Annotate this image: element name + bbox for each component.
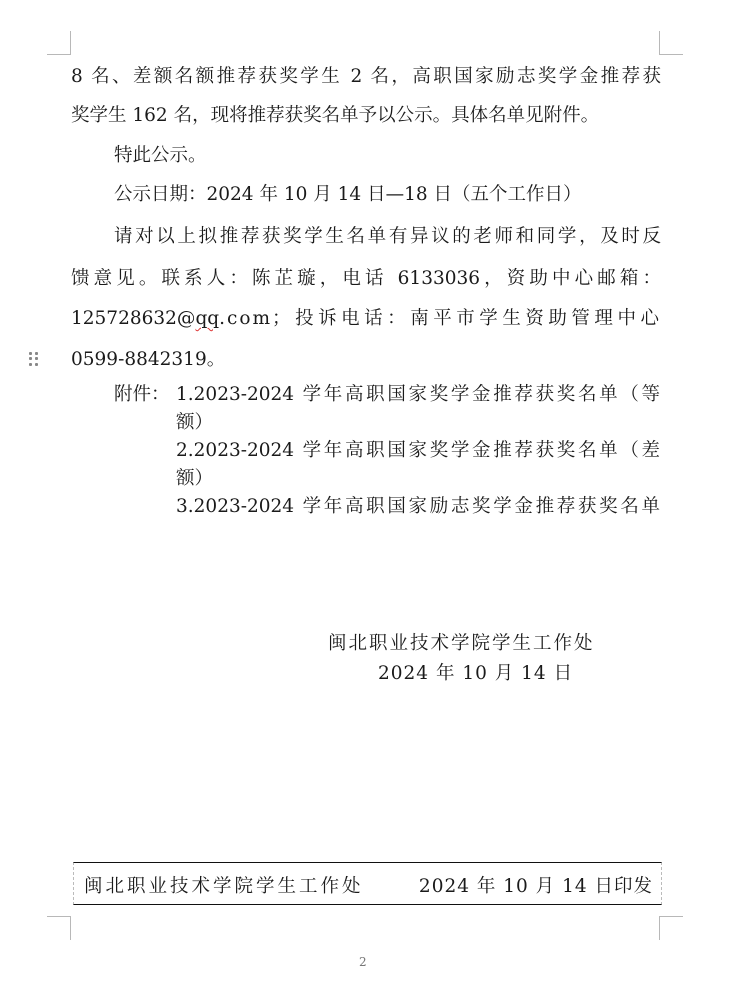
page-corner-mark-bottom-right [659,916,683,940]
attachment-2-line-2: 额） [176,467,660,491]
paragraph-4-line-1: 请对以上拟推荐获奖学生名单有异议的老师和同学，及时反 [114,225,661,249]
issuance-footer-box: 闽北职业技术学院学生工作处 2024 年 10 月 14 日印发 [73,862,662,905]
paragraph-4-line-3: 125728632@qq .com；投诉电话：南平市学生资助管理中心 [71,307,661,331]
page-number: 2 [359,955,367,969]
contact-email[interactable]: 125728632@qq [71,307,219,331]
page-corner-mark-top-left [47,31,71,55]
attachment-3-line-1: 3.2023-2024 学年高职国家励志奖学金推荐获奖名单 [176,495,660,519]
footer-issued-date: 2024 年 10 月 14 日印发 [419,872,653,898]
paragraph-1-line-2: 奖学生 162 名，现将推荐获奖名单予以公示。具体名单见附件。 [71,104,661,128]
paragraph-4-line-4: 0599-8842319。 [71,348,661,372]
complaint-phone-label: .com；投诉电话：南平市学生资助管理中心 [219,307,661,331]
attachment-2-line-1: 2.2023-2024 学年高职国家奖学金推荐获奖名单（差 [176,439,660,463]
signature-organization: 闽北职业技术学院学生工作处 [328,632,595,656]
paragraph-drag-handle-icon[interactable] [29,352,39,366]
attachments-label: 附件： [114,383,170,407]
publicity-period: 公示日期：2024 年 10 月 14 日—18 日（五个工作日） [114,183,661,207]
paragraph-4-line-2: 馈意见。联系人：陈芷璇，电话 6133036，资助中心邮箱： [71,267,661,291]
footer-issuer: 闽北职业技术学院学生工作处 [84,872,364,898]
page-corner-mark-bottom-left [47,916,71,940]
attachment-1-line-2: 额） [176,411,660,435]
paragraph-1-line-1: 8 名、差额名额推荐获奖学生 2 名，高职国家励志奖学金推荐获 [71,65,661,89]
closing-statement: 特此公示。 [114,144,661,168]
page-corner-mark-top-right [659,31,683,55]
attachment-1-line-1: 1.2023-2024 学年高职国家奖学金推荐获奖名单（等 [176,383,660,407]
spellcheck-flag: qq [195,308,219,329]
signature-date: 2024 年 10 月 14 日 [378,662,573,686]
